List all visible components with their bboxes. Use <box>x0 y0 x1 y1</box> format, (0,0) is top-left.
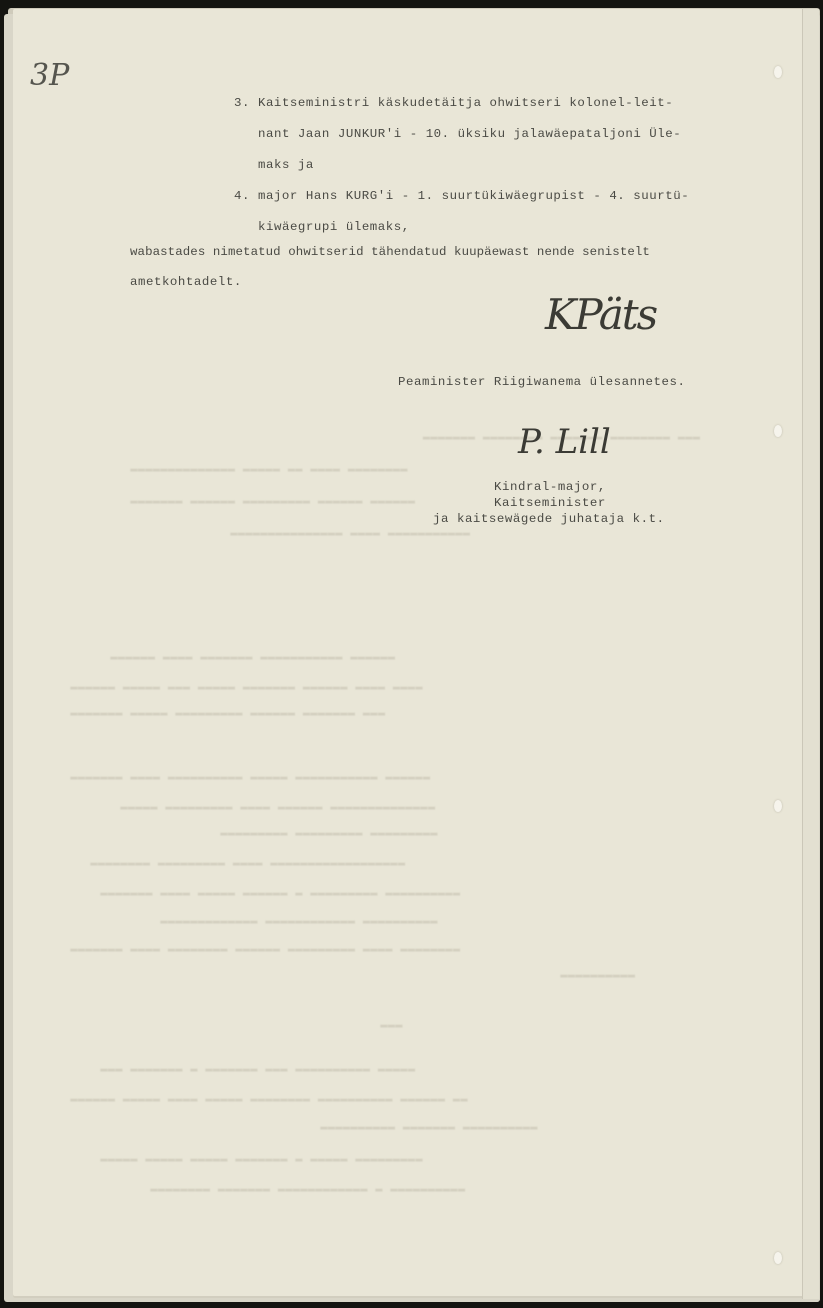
bleed-through-texture: ▬▬▬▬▬▬▬▬▬ ▬▬▬▬▬▬▬▬▬ ▬▬▬▬▬▬▬▬▬ <box>220 826 438 840</box>
bleed-through-texture: ▬▬▬▬▬▬▬▬▬▬ ▬ ▬▬▬▬▬▬▬▬▬▬▬▬ ▬▬▬▬▬▬▬ ▬▬▬▬▬▬… <box>150 1182 465 1196</box>
bleed-through-texture: ▬▬▬▬ ▬▬▬▬ ▬▬▬▬▬▬ ▬▬▬▬▬▬▬ ▬▬▬▬▬ ▬▬▬ ▬▬▬▬▬… <box>70 680 423 694</box>
signatory-title: Kindral-major, <box>494 480 606 494</box>
signatory-title: ja kaitsewägede juhataja k.t. <box>433 512 665 526</box>
bleed-through-texture: ▬▬▬▬▬▬▬▬▬▬ ▬▬▬▬▬▬▬ ▬▬▬▬▬▬▬▬▬▬ <box>320 1120 538 1134</box>
page-number-annotation: 3P <box>30 58 69 93</box>
body-line: 3. Kaitseministri käskudetäitja ohwitser… <box>234 96 673 110</box>
bleed-through-texture: ▬▬▬▬▬▬▬▬▬▬▬ ▬▬▬▬ ▬▬▬▬▬▬▬▬▬▬▬▬▬▬▬ <box>230 526 470 540</box>
signatory-title: Peaminister Riigiwanema ülesannetes. <box>398 375 685 389</box>
bleed-through-texture: ▬▬ ▬▬▬▬▬▬ ▬▬▬▬▬▬▬▬▬▬ ▬▬▬▬▬▬▬▬ ▬▬▬▬▬ ▬▬▬▬… <box>70 1092 468 1106</box>
bleed-through-texture: ▬▬▬▬▬▬▬▬ ▬▬▬▬ ▬▬▬▬▬▬▬▬▬ ▬▬▬▬▬▬ ▬▬▬▬▬▬▬▬ … <box>70 942 460 956</box>
bleed-through-texture: ▬▬▬▬▬▬ ▬▬▬▬▬▬ ▬▬▬▬▬▬▬▬▬ ▬▬▬▬▬▬ ▬▬▬▬▬▬▬ <box>130 494 415 508</box>
bleed-through-texture: ▬▬▬▬▬▬▬▬▬▬ ▬▬▬▬▬▬▬▬▬▬▬▬ ▬▬▬▬▬▬▬▬▬▬▬▬▬ <box>160 914 438 928</box>
signature-pats: KPäts <box>545 290 656 339</box>
bleed-through-texture: ▬▬▬▬▬ ▬▬▬▬▬▬▬▬▬▬ ▬▬▬ ▬▬▬▬▬▬▬ ▬ ▬▬▬▬▬▬▬ ▬… <box>100 1062 415 1076</box>
bleed-through-texture: ▬▬▬▬▬▬▬▬▬▬▬▬▬▬ ▬▬▬▬▬▬ ▬▬▬▬ ▬▬▬▬▬▬▬▬▬ ▬▬▬… <box>120 800 435 814</box>
body-line: kiwäegrupi ülemaks, <box>258 220 410 234</box>
body-line: nant Jaan JUNKUR'i - 10. üksiku jalawäep… <box>258 127 681 141</box>
bleed-through-texture: ▬▬▬▬▬▬ ▬▬▬▬▬▬▬▬▬▬▬ ▬▬▬▬▬▬▬ ▬▬▬▬ ▬▬▬▬▬▬ <box>110 650 395 664</box>
punch-hole <box>774 66 782 78</box>
body-line: ametkohtadelt. <box>130 275 242 289</box>
signatory-title: Kaitseminister <box>494 496 606 510</box>
bleed-through-texture: ▬▬▬ <box>380 1018 403 1032</box>
body-line: 4. major Hans KURG'i - 1. suurtükiwäegru… <box>234 189 689 203</box>
bleed-through-texture: ▬▬▬ ▬▬▬▬▬▬▬ ▬▬▬▬▬▬ ▬▬▬▬▬▬▬▬▬ ▬▬▬▬▬ ▬▬▬▬▬… <box>70 706 385 720</box>
bleed-through-texture: ▬▬▬▬▬▬▬▬▬ ▬▬▬▬▬ ▬ ▬▬▬▬▬▬▬ ▬▬▬▬▬ ▬▬▬▬▬ ▬▬… <box>100 1152 423 1166</box>
bleed-through-texture: ▬▬▬ ▬▬▬▬▬▬▬▬ ▬▬▬▬▬▬▬ ▬▬▬▬▬▬▬▬ ▬▬▬▬▬▬▬ <box>140 430 700 444</box>
punch-hole <box>774 1252 782 1264</box>
bleed-through-texture: ▬▬▬▬▬▬ ▬▬▬▬▬▬▬▬▬▬▬ ▬▬▬▬▬ ▬▬▬▬▬▬▬▬▬▬ ▬▬▬▬… <box>70 770 430 784</box>
bleed-through-texture: ▬▬▬▬▬▬▬▬ ▬▬▬▬ ▬▬ ▬▬▬▬▬ ▬▬▬▬▬▬▬▬▬▬▬▬▬▬ <box>130 462 408 476</box>
body-line: maks ja <box>258 158 314 172</box>
bleed-through-texture: ▬▬▬▬▬▬▬▬▬▬ ▬▬▬▬▬▬▬▬▬ ▬ ▬▬▬▬▬▬ ▬▬▬▬▬ ▬▬▬▬… <box>100 886 460 900</box>
body-line: wabastades nimetatud ohwitserid tähendat… <box>130 245 650 259</box>
bleed-through-texture: ▬▬▬▬▬▬▬▬▬▬ <box>560 968 635 982</box>
punch-hole <box>774 425 782 437</box>
bleed-through-texture: ▬▬▬▬▬▬▬▬▬▬▬▬▬▬▬▬▬▬ ▬▬▬▬ ▬▬▬▬▬▬▬▬▬ ▬▬▬▬▬▬… <box>90 856 405 870</box>
punch-hole <box>774 800 782 812</box>
signature-lill: P. Lill <box>518 422 611 462</box>
page-edge <box>802 9 819 1299</box>
